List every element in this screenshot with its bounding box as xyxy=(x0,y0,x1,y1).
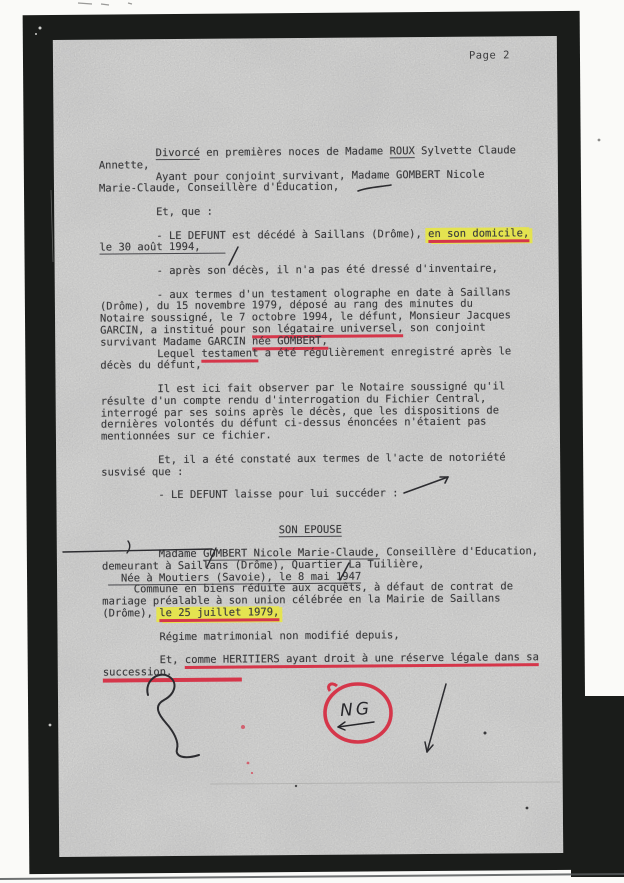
doc-text-segment: Marie-Claude, Conseillère d'Éducation, xyxy=(99,181,339,195)
doc-text-segment: Régime matrimonial non modifié depuis, xyxy=(159,629,399,643)
scan-edge-line xyxy=(0,874,624,879)
doc-text-segment: Sylvette Claude xyxy=(415,144,516,157)
doc-text-segment: - après son décès, il n'a pas été dressé… xyxy=(157,262,498,277)
photocopy-corner-shadow xyxy=(571,696,624,877)
doc-text-segment: susvisé que : xyxy=(101,465,183,478)
doc-text-segment: le 30 août 1994, xyxy=(99,241,226,255)
doc-text-segment: son conjoint xyxy=(403,322,485,335)
photocopy-black-frame: Page 2 Divorcé en premières noces de Mad… xyxy=(23,11,587,874)
document-text-block: Divorcé en premières noces de Madame ROU… xyxy=(99,145,561,679)
doc-text-segment: décès du défunt, xyxy=(100,359,201,372)
doc-text-segment: en premières noces de Madame xyxy=(200,145,390,158)
doc-text-segment: testament xyxy=(201,347,258,362)
doc-text-segment: Et, xyxy=(160,654,185,666)
doc-text-segment: ROUX xyxy=(389,145,414,158)
doc-text-segment: Lequel xyxy=(157,347,201,359)
doc-text-segment: mariage préalable à son union célébrée e… xyxy=(102,593,500,608)
margin-speck xyxy=(78,3,132,5)
doc-text-segment: SON EPOUSE xyxy=(279,523,342,536)
doc-text-segment: a été régulièrement enregistré après le xyxy=(258,345,511,359)
doc-text-segment: le 25 juillet 1979, xyxy=(159,606,279,622)
doc-text-segment: (Drôme), xyxy=(102,607,159,619)
doc-text-segment: succession. xyxy=(103,666,242,683)
doc-text-segment: mentionnées sur ce fichier. xyxy=(101,429,272,442)
doc-text-segment: en son domicile, xyxy=(428,227,529,243)
doc-text-segment: Madame xyxy=(159,548,203,560)
doc-text-segment: Et, que : xyxy=(156,206,213,218)
doc-text-segment: Annette, xyxy=(99,159,150,171)
doc-text-segment: - LE DEFUNT est décédé à Saillans (Drôme… xyxy=(156,228,428,242)
margin-speck xyxy=(598,139,601,142)
doc-text-segment: dernières volontés du défunt ci-dessus é… xyxy=(101,416,487,431)
doc-text-segment: survivant Madame GARCIN xyxy=(100,335,252,348)
doc-text-segment: Conseillère d'Education, xyxy=(380,545,538,558)
page-number: Page 2 xyxy=(469,49,510,61)
doc-text-segment: demeurant à Saillans (Drôme), Quartier L… xyxy=(102,558,424,573)
document-paper: Page 2 Divorcé en premières noces de Mad… xyxy=(53,36,563,857)
doc-text-segment: Et, il a été constaté aux termes de l'ac… xyxy=(158,451,506,466)
scanned-document: Page 2 Divorcé en premières noces de Mad… xyxy=(0,0,624,883)
doc-text-segment: Divorcé xyxy=(156,147,200,160)
doc-text-segment: - LE DEFUNT laisse pour lui succéder : xyxy=(158,487,398,501)
